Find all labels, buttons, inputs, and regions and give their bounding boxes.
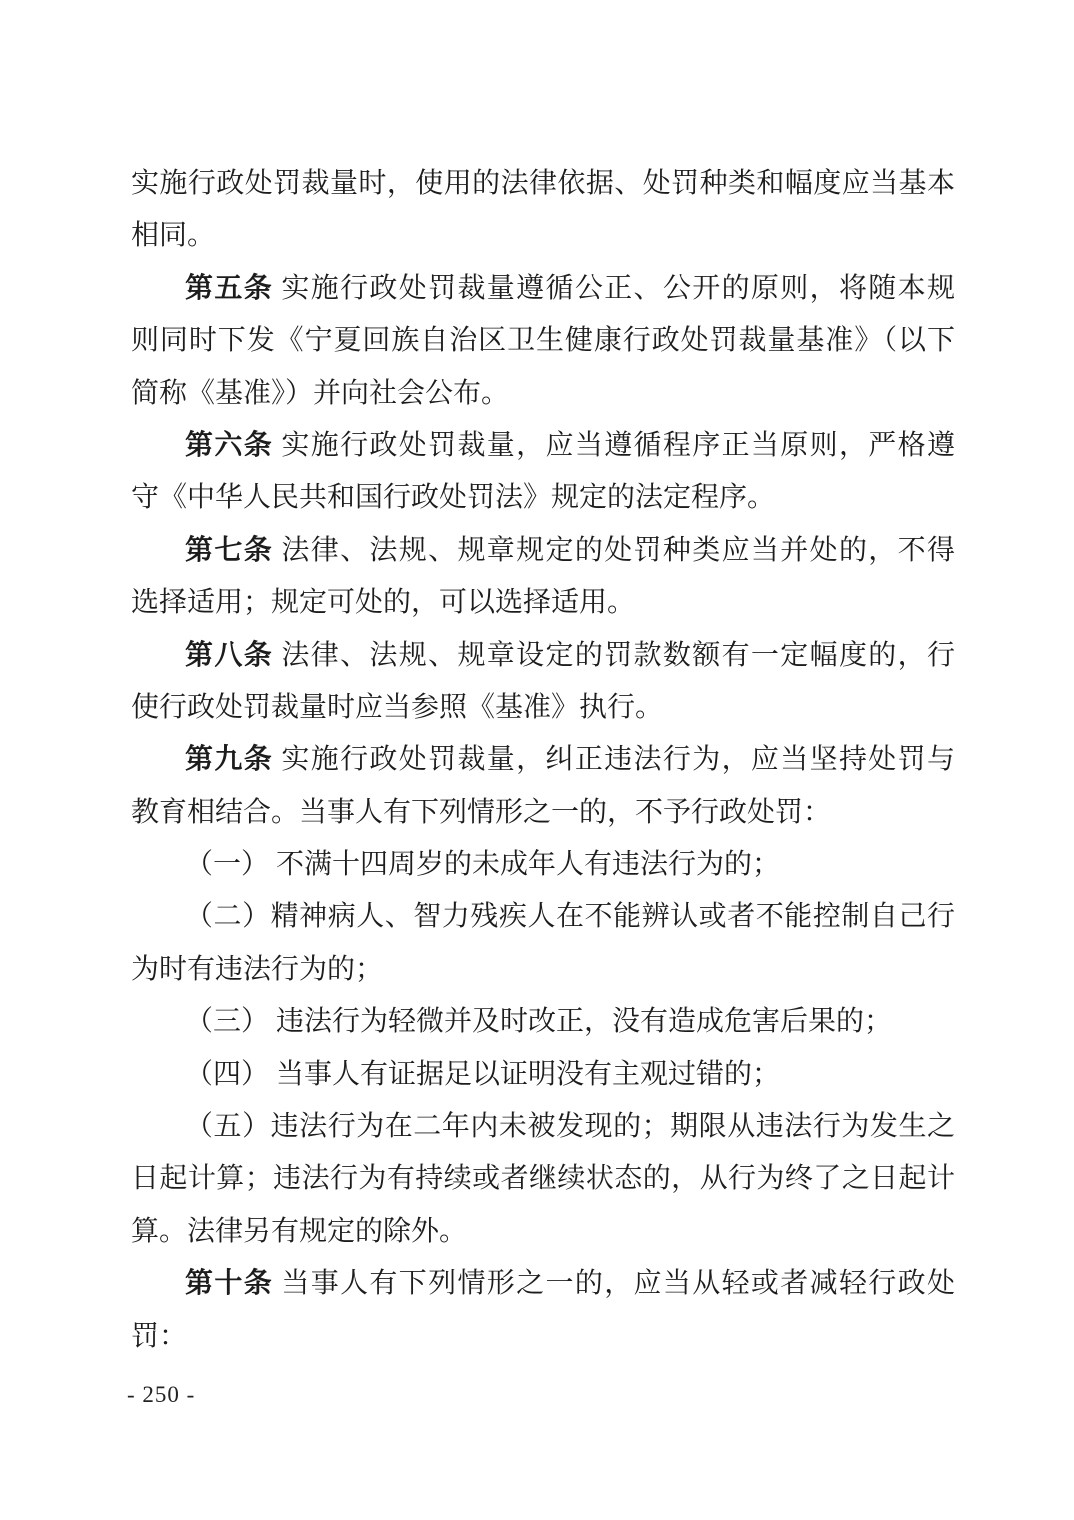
text-segment: 选择适用；规定可处的，可以选择适用。 bbox=[131, 587, 635, 618]
text-segment: （二）精神病人、智力残疾人在不能辨认或者不能控制自己行 bbox=[185, 901, 955, 932]
text-line: 教育相结合。当事人有下列情形之一的，不予行政处罚： bbox=[131, 787, 955, 839]
article-number-label: 第九条 bbox=[185, 744, 273, 775]
document-body: 实施行政处罚裁量时，使用的法律依据、处罚种类和幅度应当基本相同。第五条 实施行政… bbox=[131, 158, 955, 1363]
text-segment: 实施行政处罚裁量时，使用的法律依据、处罚种类和幅度应当基本 bbox=[131, 168, 955, 199]
text-line: 罚： bbox=[131, 1311, 955, 1363]
text-line: （四） 当事人有证据足以证明没有主观过错的； bbox=[131, 1049, 955, 1101]
text-line: （一） 不满十四周岁的未成年人有违法行为的； bbox=[131, 839, 955, 891]
text-line: 第八条 法律、法规、规章设定的罚款数额有一定幅度的，行 bbox=[131, 630, 955, 682]
text-line: 第六条 实施行政处罚裁量，应当遵循程序正当原则，严格遵 bbox=[131, 420, 955, 472]
article-number-label: 第七条 bbox=[185, 535, 273, 566]
text-segment: 守《中华人民共和国行政处罚法》规定的法定程序。 bbox=[131, 482, 775, 513]
text-segment: 实施行政处罚裁量，应当遵循程序正当原则，严格遵 bbox=[273, 430, 955, 461]
article-number-label: 第八条 bbox=[185, 640, 273, 671]
document-page: 实施行政处罚裁量时，使用的法律依据、处罚种类和幅度应当基本相同。第五条 实施行政… bbox=[0, 0, 1074, 1520]
text-segment: （四） 当事人有证据足以证明没有主观过错的； bbox=[185, 1059, 780, 1090]
text-segment: 使行政处罚裁量时应当参照《基准》执行。 bbox=[131, 692, 663, 723]
text-line: 第七条 法律、法规、规章规定的处罚种类应当并处的，不得 bbox=[131, 525, 955, 577]
text-segment: 日起计算；违法行为有持续或者继续状态的，从行为终了之日起计 bbox=[131, 1163, 955, 1194]
text-segment: 实施行政处罚裁量遵循公正、公开的原则，将随本规 bbox=[273, 273, 955, 304]
text-line: 算。法律另有规定的除外。 bbox=[131, 1206, 955, 1258]
text-line: 则同时下发《宁夏回族自治区卫生健康行政处罚裁量基准》（以下 bbox=[131, 315, 955, 367]
text-segment: 当事人有下列情形之一的，应当从轻或者减轻行政处 bbox=[273, 1268, 955, 1299]
text-line: 日起计算；违法行为有持续或者继续状态的，从行为终了之日起计 bbox=[131, 1153, 955, 1205]
text-line: 守《中华人民共和国行政处罚法》规定的法定程序。 bbox=[131, 472, 955, 524]
text-segment: 简称《基准》）并向社会公布。 bbox=[131, 378, 509, 409]
page-number: - 250 - bbox=[127, 1382, 195, 1408]
text-segment: （五）违法行为在二年内未被发现的；期限从违法行为发生之 bbox=[185, 1111, 955, 1142]
text-segment: 法律、法规、规章规定的处罚种类应当并处的，不得 bbox=[273, 535, 955, 566]
text-segment: 算。法律另有规定的除外。 bbox=[131, 1216, 467, 1247]
text-line: 第五条 实施行政处罚裁量遵循公正、公开的原则，将随本规 bbox=[131, 263, 955, 315]
text-line: 相同。 bbox=[131, 210, 955, 262]
text-segment: 法律、法规、规章设定的罚款数额有一定幅度的，行 bbox=[273, 640, 955, 671]
text-segment: 为时有违法行为的； bbox=[131, 954, 383, 985]
text-line: 选择适用；规定可处的，可以选择适用。 bbox=[131, 577, 955, 629]
text-line: 第十条 当事人有下列情形之一的，应当从轻或者减轻行政处 bbox=[131, 1258, 955, 1310]
text-line: 实施行政处罚裁量时，使用的法律依据、处罚种类和幅度应当基本 bbox=[131, 158, 955, 210]
text-line: 使行政处罚裁量时应当参照《基准》执行。 bbox=[131, 682, 955, 734]
text-segment: 罚： bbox=[131, 1321, 187, 1352]
text-line: 为时有违法行为的； bbox=[131, 944, 955, 996]
text-line: 第九条 实施行政处罚裁量，纠正违法行为，应当坚持处罚与 bbox=[131, 734, 955, 786]
text-line: 简称《基准》）并向社会公布。 bbox=[131, 368, 955, 420]
text-segment: 则同时下发《宁夏回族自治区卫生健康行政处罚裁量基准》（以下 bbox=[131, 325, 955, 356]
article-number-label: 第十条 bbox=[185, 1268, 273, 1299]
text-segment: 教育相结合。当事人有下列情形之一的，不予行政处罚： bbox=[131, 797, 831, 828]
article-number-label: 第五条 bbox=[185, 273, 273, 304]
text-segment: 实施行政处罚裁量，纠正违法行为，应当坚持处罚与 bbox=[273, 744, 955, 775]
text-segment: 相同。 bbox=[131, 220, 215, 251]
text-line: （二）精神病人、智力残疾人在不能辨认或者不能控制自己行 bbox=[131, 891, 955, 943]
text-segment: （三） 违法行为轻微并及时改正，没有造成危害后果的； bbox=[185, 1006, 892, 1037]
text-segment: （一） 不满十四周岁的未成年人有违法行为的； bbox=[185, 849, 780, 880]
article-number-label: 第六条 bbox=[185, 430, 273, 461]
text-line: （五）违法行为在二年内未被发现的；期限从违法行为发生之 bbox=[131, 1101, 955, 1153]
text-line: （三） 违法行为轻微并及时改正，没有造成危害后果的； bbox=[131, 996, 955, 1048]
